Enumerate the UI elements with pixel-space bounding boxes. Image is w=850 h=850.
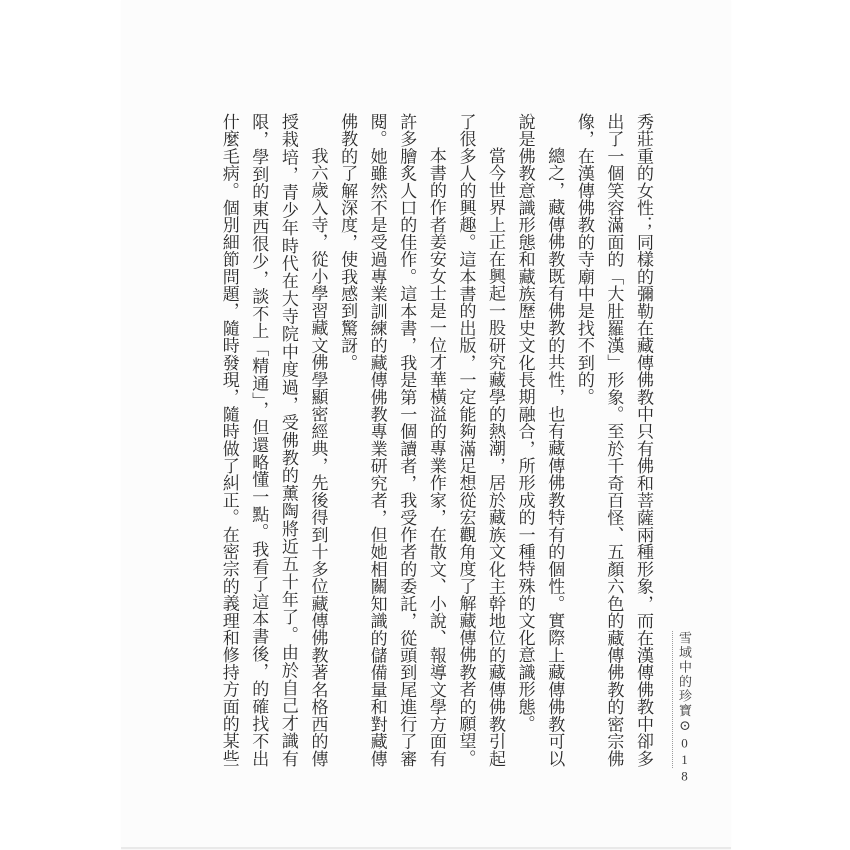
book-page-sheet: 秀莊重的女性；同樣的彌勒在藏傳佛教中只有佛和菩薩兩種形象，而在漢傳佛教中卻多出了… [121,0,731,849]
paragraph: 當今世界上正在興起一股研究藏學的熱潮，居於藏族文化主幹地位的藏傳佛教引起了很多人… [451,113,510,767]
body-text-block: 秀莊重的女性；同樣的彌勒在藏傳佛教中只有佛和菩薩兩種形象，而在漢傳佛教中卻多出了… [214,113,658,767]
scanned-book-page-canvas: 秀莊重的女性；同樣的彌勒在藏傳佛教中只有佛和菩薩兩種形象，而在漢傳佛教中卻多出了… [0,0,850,850]
paragraph: 本書的作者姜安女士是一位才華橫溢的專業作家，在散文、小說、報導文學方面有許多膾炙… [332,113,450,767]
paragraph-continued: 秀莊重的女性；同樣的彌勒在藏傳佛教中只有佛和菩薩兩種形象，而在漢傳佛教中卻多出了… [569,113,658,767]
book-title: 雪域中的珍寶 [677,631,692,718]
running-footer: 雪域中的珍寶⊙018 [672,631,694,768]
paragraph: 我六歲入寺，從小學習藏文佛學顯密經典，先後得到十多位藏傳佛教著名格西的傳授栽培，… [214,113,332,767]
running-footer-text: 雪域中的珍寶⊙018 [675,631,694,768]
paragraph: 總之，藏傳佛教既有佛教的共性，也有藏傳佛教特有的個性。實際上藏傳佛教可以說是佛教… [510,113,569,767]
page-marker-icon: ⊙ [677,718,692,736]
page-number: 018 [677,736,692,786]
footer-dotted-rule [672,631,673,768]
